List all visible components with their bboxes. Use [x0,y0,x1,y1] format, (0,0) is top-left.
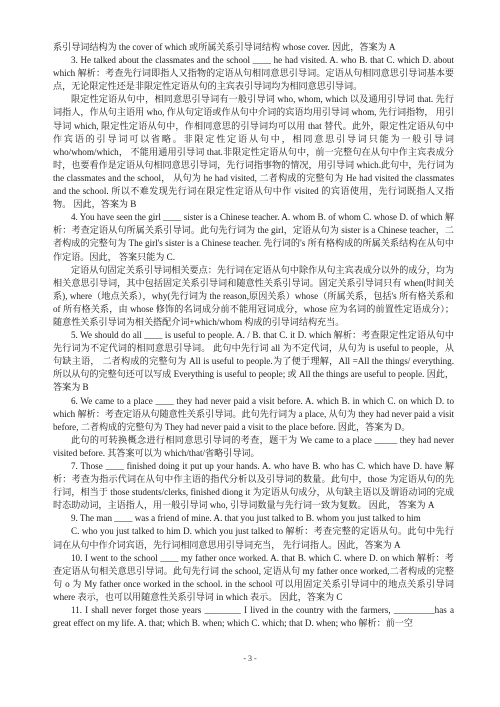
question-4: 4. You have seen the girl ____ sister is… [53,211,454,263]
question-3: 3. He talked about the classmates and th… [53,54,454,93]
document-page: 系引导词结构为 the cover of which 或所属关系引导词结构 wh… [53,41,454,630]
question-11: 11. I shall never forget those years ___… [53,604,454,630]
question-6: 6. We came to a place ____ they had neve… [53,395,454,434]
question-10: 10. I went to the school ____ my father … [53,552,454,604]
explanation-fixed-relative: 定语从句固定关系引导词相关要点：先行词在定语从句中除作从句主宾表成分以外的成分，… [53,264,454,329]
paragraph-continuation: 系引导词结构为 the cover of which 或所属关系引导词结构 wh… [53,41,454,54]
question-9: 9. The man ____ was a friend of mine. A.… [53,512,454,525]
question-7: 7. Those ____ finished doing it put up y… [53,460,454,512]
explanation-restrictive-clause: 限定性定语从句中，相同意思引导词有一般引导词 who, whom, which … [53,93,454,211]
page-number: - 3 - [0,654,500,663]
question-9-options-explanation: C. who you just talked to him D. which y… [53,525,454,551]
explanation-question-6-variant: 此句的可转换概念进行相同意思引导词的考查，题干为 We came to a pl… [53,434,454,460]
question-5: 5. We should do all ____ is useful to pe… [53,329,454,394]
